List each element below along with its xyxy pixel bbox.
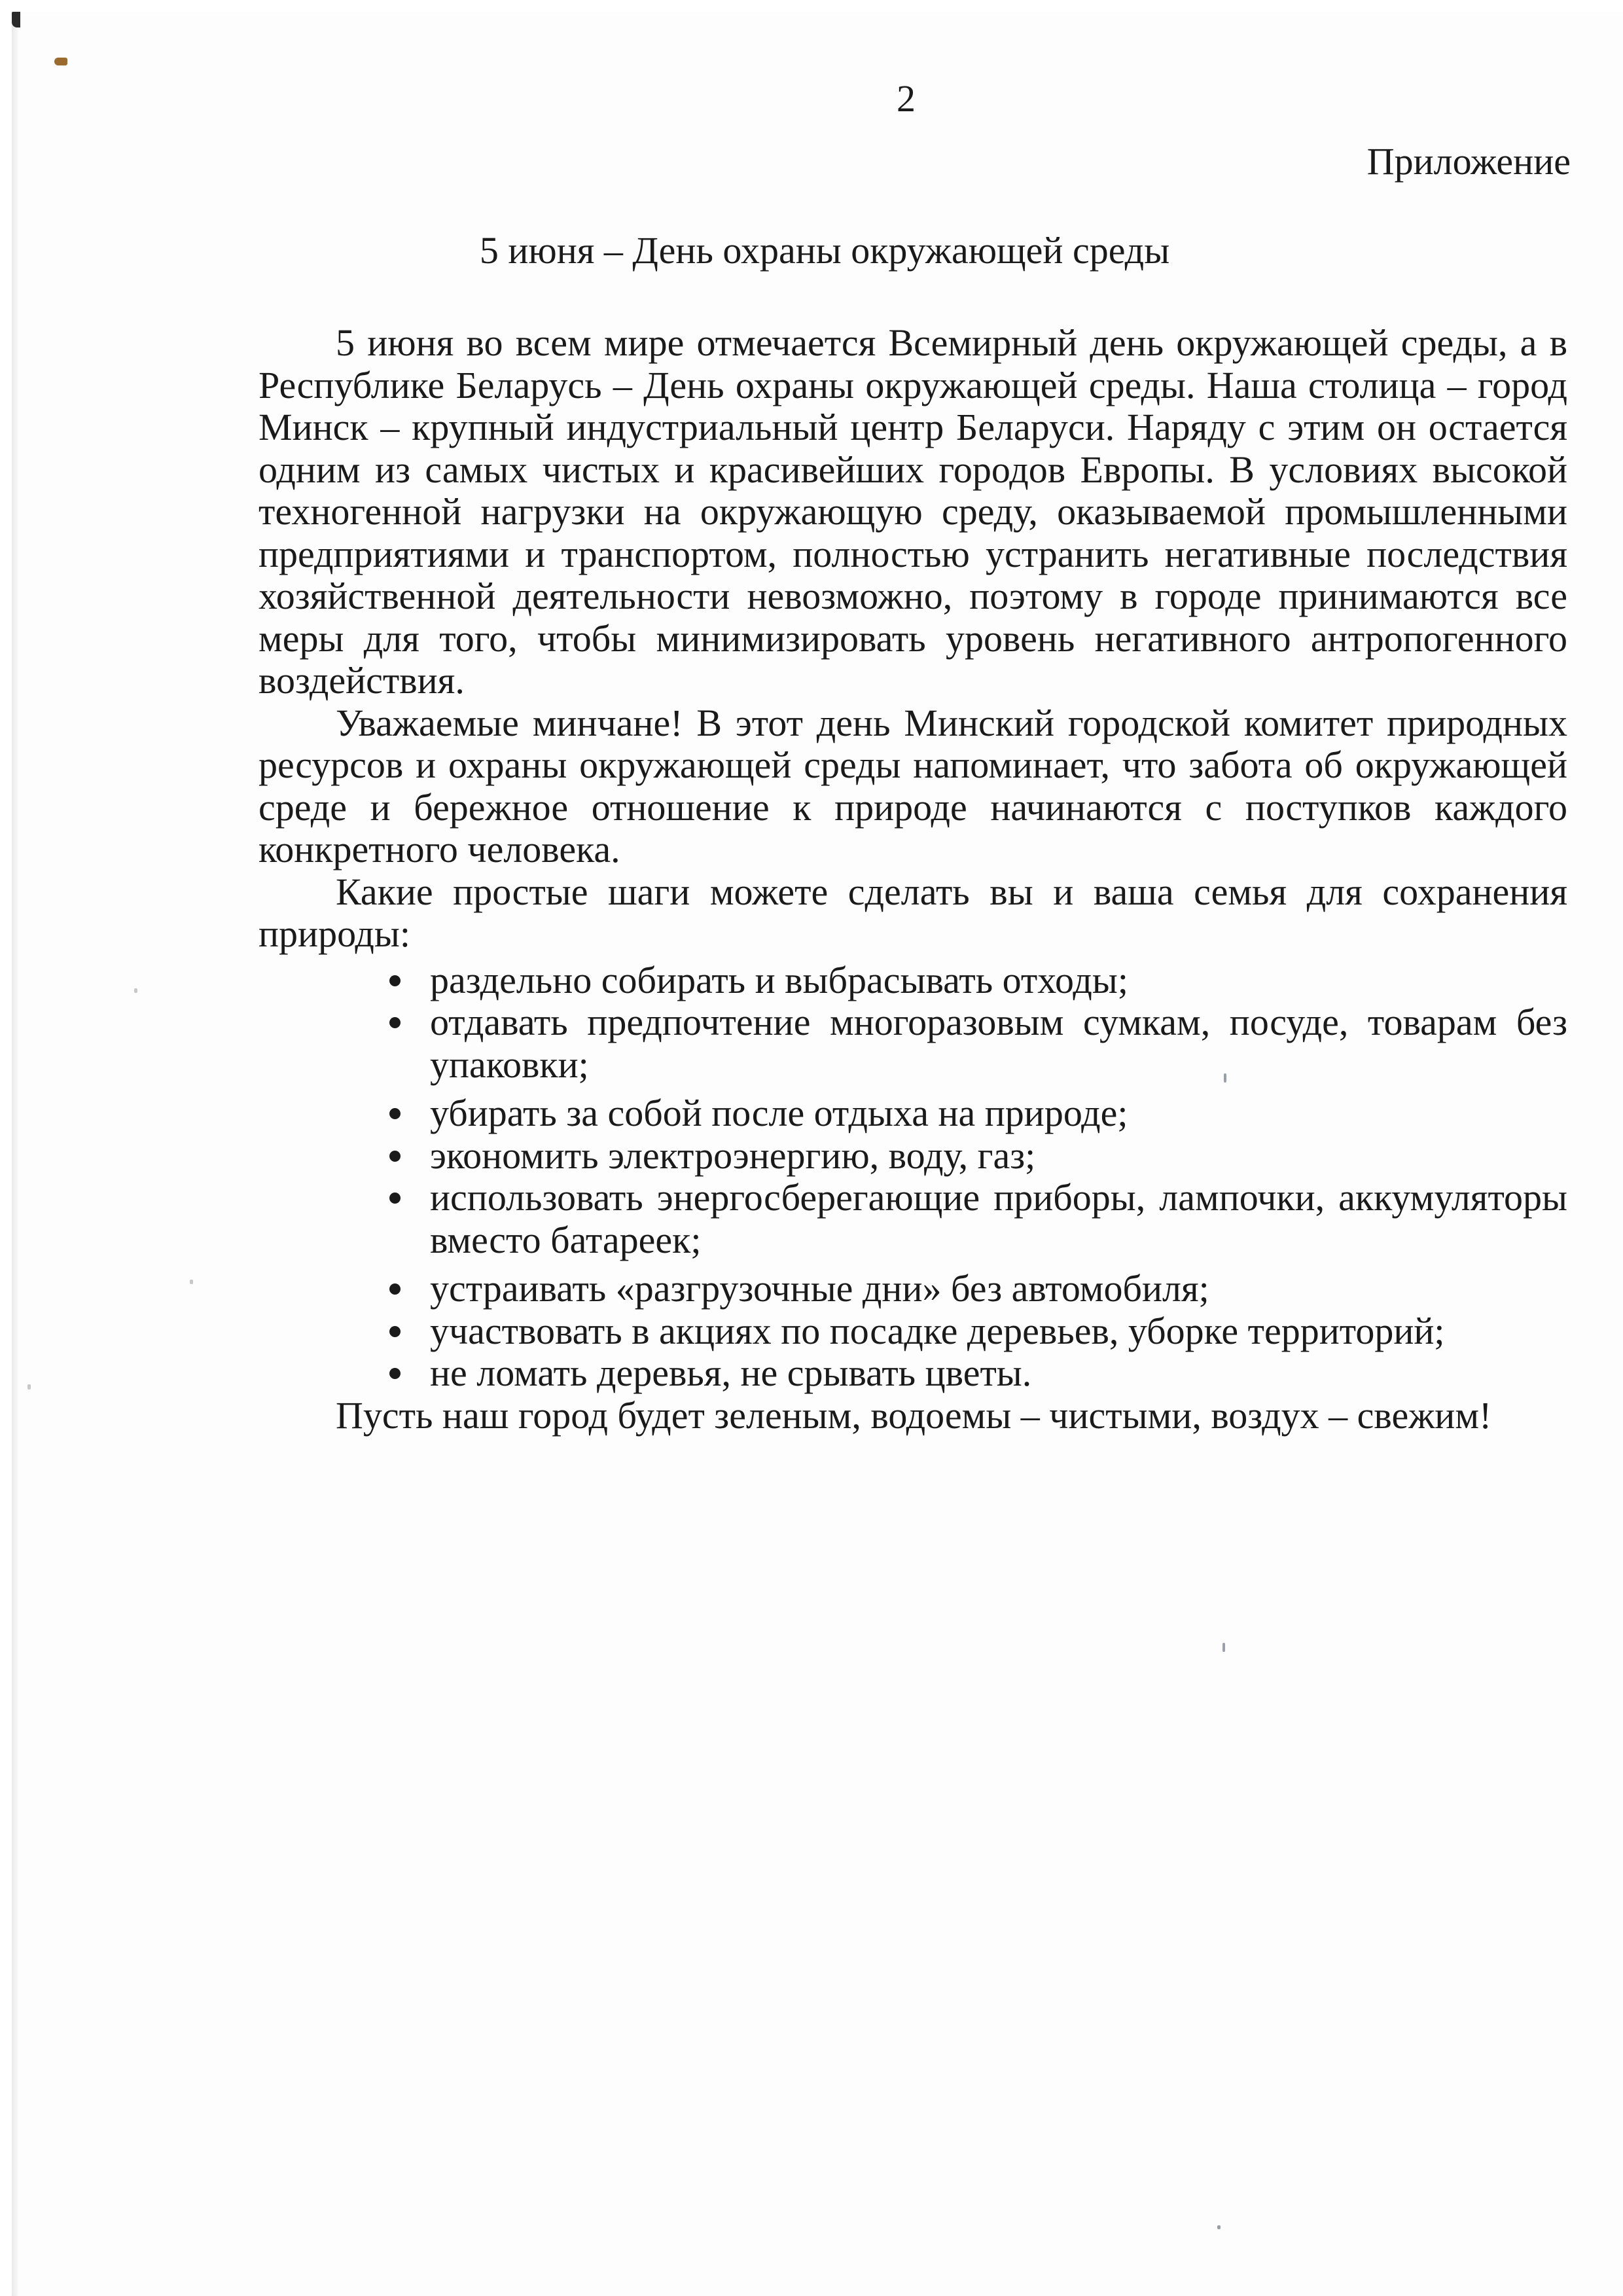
- list-item: экономить электроэнергию, воду, газ;: [430, 1135, 1567, 1177]
- paragraph-list-intro: Какие простые шаги можете сделать вы и в…: [259, 871, 1567, 956]
- list-item-text: не ломать деревья, не срывать цветы.: [430, 1352, 1031, 1394]
- page-number: 2: [897, 80, 916, 118]
- scan-speck: [27, 1384, 31, 1390]
- list-item: раздельно собирать и выбрасывать отходы;: [430, 960, 1567, 1002]
- bullet-icon: [389, 1368, 401, 1379]
- list-item-text: раздельно собирать и выбрасывать отходы;: [430, 959, 1128, 1001]
- bullet-icon: [389, 1193, 401, 1204]
- list-item-text: экономить электроэнергию, воду, газ;: [430, 1134, 1035, 1177]
- paragraph-appeal: Уважаемые минчане! В этот день Минский г…: [259, 702, 1567, 871]
- document-title: 5 июня – День охраны окружающей среды: [0, 232, 1623, 270]
- list-item-text: устраивать «разгрузочные дни» без автомо…: [430, 1267, 1209, 1310]
- list-item-text: отдавать предпочтение многоразовым сумка…: [430, 1001, 1567, 1086]
- bullet-icon: [389, 975, 401, 986]
- list-item-text: использовать энергосберегающие приборы, …: [430, 1176, 1567, 1261]
- scan-speck: [1222, 1643, 1225, 1652]
- paragraph-intro: 5 июня во всем мире отмечается Всемирный…: [259, 322, 1567, 702]
- scan-speck: [134, 988, 137, 993]
- list-item: устраивать «разгрузочные дни» без автомо…: [430, 1268, 1567, 1310]
- bullet-icon: [389, 1108, 401, 1119]
- list-item: участвовать в акциях по посадке деревьев…: [430, 1310, 1567, 1353]
- list-item: отдавать предпочтение многоразовым сумка…: [430, 1001, 1567, 1086]
- list-item: убирать за собой после отдыха на природе…: [430, 1092, 1567, 1135]
- steps-list: раздельно собирать и выбрасывать отходы;…: [259, 960, 1567, 1395]
- scan-speck: [190, 1280, 193, 1284]
- page-left-edge: [12, 12, 20, 2296]
- list-item: использовать энергосберегающие приборы, …: [430, 1177, 1567, 1261]
- stain-mark: [54, 58, 67, 65]
- list-item-text: участвовать в акциях по посадке деревьев…: [430, 1310, 1445, 1352]
- list-item: не ломать деревья, не срывать цветы.: [430, 1352, 1567, 1395]
- list-item-text: убирать за собой после отдыха на природе…: [430, 1092, 1128, 1134]
- bullet-icon: [389, 1017, 401, 1028]
- scan-shadow-corner: [12, 12, 20, 27]
- scan-speck: [1217, 2225, 1221, 2229]
- document-body: 5 июня во всем мире отмечается Всемирный…: [259, 322, 1567, 1437]
- bullet-icon: [389, 1283, 401, 1295]
- bullet-icon: [389, 1326, 401, 1337]
- bullet-icon: [389, 1151, 401, 1162]
- appendix-label: Приложение: [1367, 143, 1571, 181]
- paragraph-closing: Пусть наш город будет зеленым, водоемы –…: [259, 1395, 1567, 1437]
